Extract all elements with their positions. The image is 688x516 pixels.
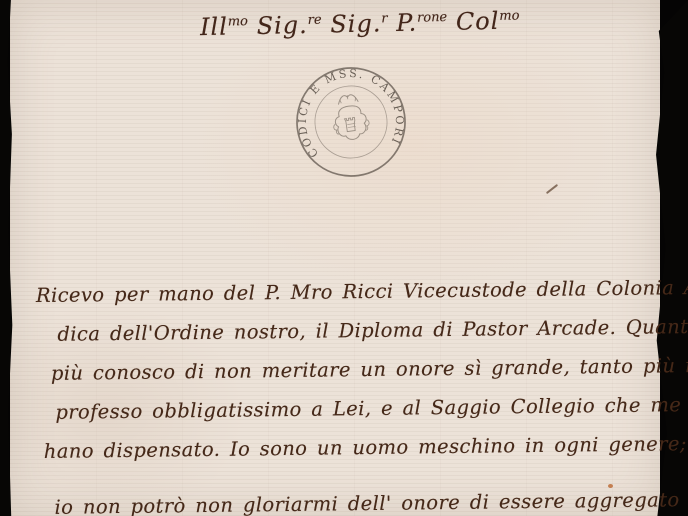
manuscript-line: più conosco di non meritare un onore sì … bbox=[51, 354, 688, 385]
ink-speck bbox=[608, 484, 613, 488]
manuscript-line: io non potrò non gloriarmi dell' onore d… bbox=[54, 488, 688, 516]
manuscript-line: Ricevo per mano del P. Mro Ricci Vicecus… bbox=[36, 275, 688, 307]
manuscript-line: dica dell'Ordine nostro, il Diploma di P… bbox=[57, 315, 688, 346]
manuscript-line: professo obbligatissimo a Lei, e al Sagg… bbox=[55, 393, 688, 424]
letter-body: Ricevo per mano del P. Mro Ricci Vicecus… bbox=[0, 0, 688, 516]
manuscript-line: hano dispensato. Io sono un uomo meschin… bbox=[44, 432, 688, 463]
manuscript-photo: Illmo Sig.re Sig.r P.rone Colmo CODICI E… bbox=[0, 0, 688, 516]
